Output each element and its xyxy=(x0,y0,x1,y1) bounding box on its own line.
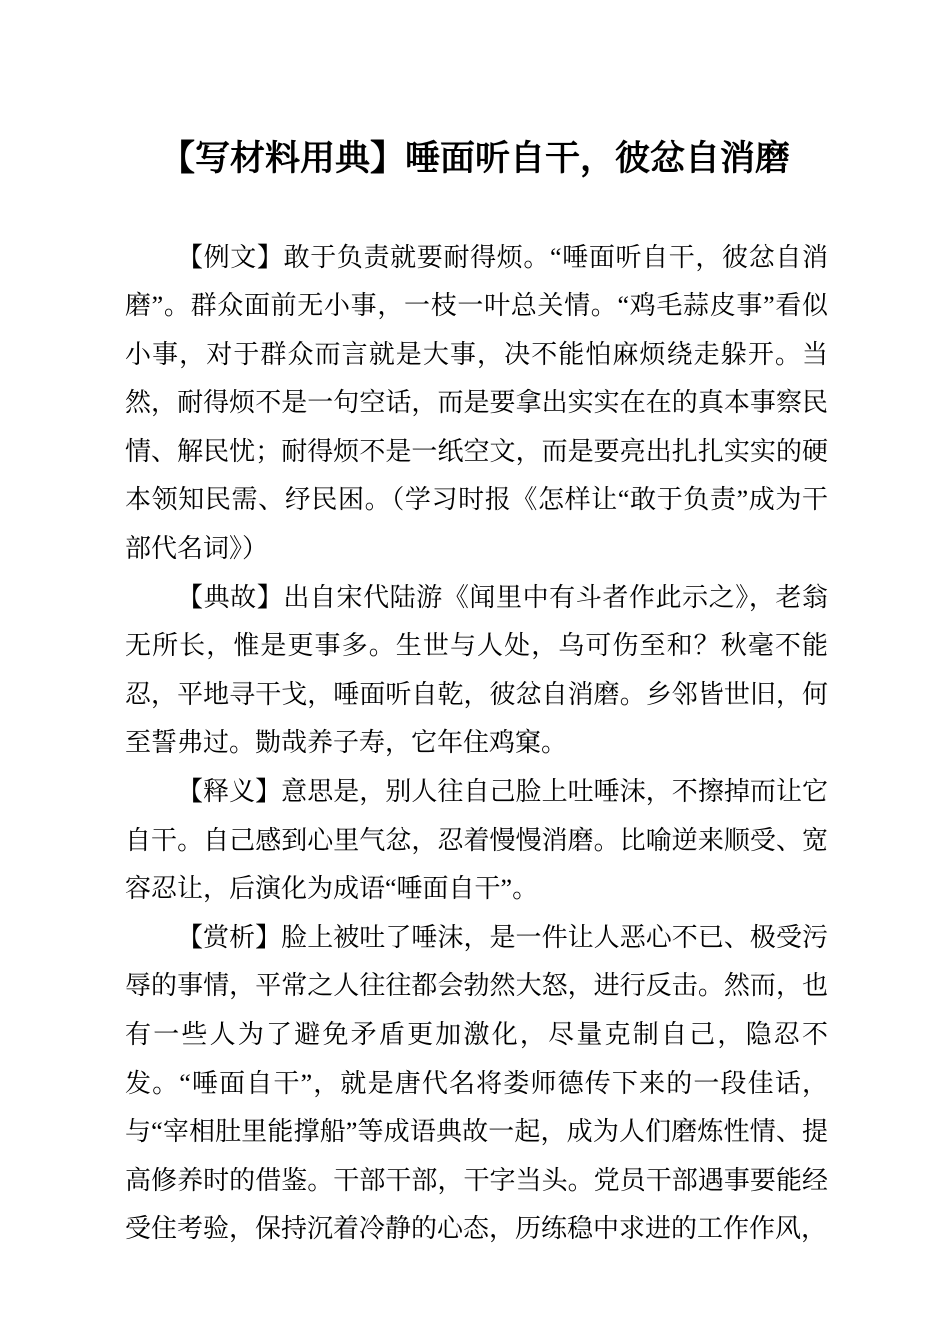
paragraph-shangxi: 【赏析】脸上被吐了唾沫，是一件让人恶心不已、极受污辱的事情，平常之人往往都会勃然… xyxy=(125,914,828,1254)
paragraph-shiyi: 【释义】意思是，别人往自己脸上吐唾沫，不擦掉而让它自干。自己感到心里气忿，忍着慢… xyxy=(125,768,828,914)
document-title: 【写材料用典】唾面听自干，彼忿自消磨 xyxy=(0,0,950,182)
document-body: 【例文】敢于负责就要耐得烦。“唾面听自干，彼忿自消磨”。群众面前无小事，一枝一叶… xyxy=(0,234,950,1254)
paragraph-diangu: 【典故】出自宋代陆游《闻里中有斗者作此示之》，老翁无所长，惟是更事多。生世与人处… xyxy=(125,574,828,768)
paragraph-liwen: 【例文】敢于负责就要耐得烦。“唾面听自干，彼忿自消磨”。群众面前无小事，一枝一叶… xyxy=(125,234,828,574)
document-page: 【写材料用典】唾面听自干，彼忿自消磨 【例文】敢于负责就要耐得烦。“唾面听自干，… xyxy=(0,0,950,1344)
